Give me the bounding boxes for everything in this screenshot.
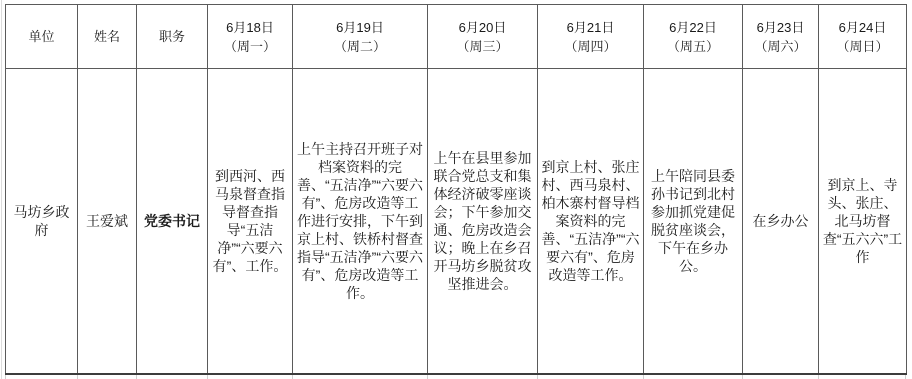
name-value: 王爱斌 (80, 212, 134, 230)
cropped-row-grid-line (136, 375, 137, 379)
cropped-row-grid-line (742, 375, 743, 379)
weekly-schedule-table: 单位 姓名 职务 6月18日 （周一） 6月19日 （周二） 6月20日 (5, 4, 907, 375)
cell-position: 党委书记 (137, 69, 208, 374)
date-label: 6月20日 (430, 18, 535, 37)
cropped-row-grid-line (292, 375, 293, 379)
schedule-friday-text: 上午陪同县委孙书记到北村参加抓党建促脱贫座谈会，下午在乡办公。 (646, 167, 740, 275)
cropped-row-grid-line (77, 375, 78, 379)
cell-name: 王爱斌 (78, 69, 137, 374)
weekday-label: （周一） (210, 37, 290, 56)
cropped-row-grid-line (5, 375, 6, 379)
col-header-name: 姓名 (78, 5, 137, 69)
date-label: 6月23日 (745, 18, 816, 37)
cropped-row-grid-line (818, 375, 819, 379)
cell-schedule-monday: 到西河、西马泉督查指导督查指导“五洁净”“六要六有”、工作。 (208, 69, 293, 374)
cropped-row-grid-line (207, 375, 208, 379)
weekday-label: （周三） (430, 37, 535, 56)
col-header-date-jun18: 6月18日 （周一） (208, 5, 293, 69)
weekday-label: （周六） (745, 37, 816, 56)
cropped-row-grid-line (537, 375, 538, 379)
cropped-row-grid-line (905, 375, 906, 379)
col-header-date-jun21: 6月21日 （周四） (538, 5, 644, 69)
schedule-saturday-text: 在乡办公 (745, 212, 816, 230)
weekday-label: （周四） (540, 37, 641, 56)
cell-schedule-sunday: 到京上、寺头、张庄、北马坊督查“五六六”工作 (819, 69, 907, 374)
cell-schedule-saturday: 在乡办公 (743, 69, 819, 374)
schedule-tuesday-text: 上午主持召开班子对档案资料的完善、“五洁净”“六要六有”、危房改造等工作进行安排… (295, 140, 425, 302)
schedule-table-page: 单位 姓名 职务 6月18日 （周一） 6月19日 （周二） 6月20日 (0, 0, 912, 379)
cell-schedule-thursday: 到京上村、张庄村、西马泉村、柏木寨村督导档案资料的完善、“五洁净”“六要六有”、… (538, 69, 644, 374)
weekday-label: （周五） (646, 37, 740, 56)
cell-schedule-wednesday: 上午在县里参加联合党总支和集体经济破零座谈会；下午参加交通、危房改造会议；晚上在… (428, 69, 538, 374)
col-header-date-jun22: 6月22日 （周五） (644, 5, 743, 69)
unit-value: 马坊乡政府 (8, 203, 75, 239)
col-header-date-jun19: 6月19日 （周二） (293, 5, 428, 69)
schedule-monday-text: 到西河、西马泉督查指导督查指导“五洁净”“六要六有”、工作。 (210, 167, 290, 275)
date-label: 6月21日 (540, 18, 641, 37)
date-label: 6月22日 (646, 18, 740, 37)
col-header-date-jun24: 6月24日 （周日） (819, 5, 907, 69)
weekday-label: （周二） (295, 37, 425, 56)
col-header-date-jun23: 6月23日 （周六） (743, 5, 819, 69)
col-header-unit: 单位 (6, 5, 78, 69)
schedule-thursday-text: 到京上村、张庄村、西马泉村、柏木寨村督导档案资料的完善、“五洁净”“六要六有”、… (540, 158, 641, 284)
cell-unit: 马坊乡政府 (6, 69, 78, 374)
table-row: 马坊乡政府 王爱斌 党委书记 到西河、西马泉督查指导督查指导“五洁净”“六要六有… (6, 69, 907, 374)
date-label: 6月19日 (295, 18, 425, 37)
schedule-wednesday-text: 上午在县里参加联合党总支和集体经济破零座谈会；下午参加交通、危房改造会议；晚上在… (430, 149, 535, 293)
cropped-row-grid-line (643, 375, 644, 379)
cell-schedule-tuesday: 上午主持召开班子对档案资料的完善、“五洁净”“六要六有”、危房改造等工作进行安排… (293, 69, 428, 374)
col-header-position: 职务 (137, 5, 208, 69)
date-label: 6月18日 (210, 18, 290, 37)
col-header-position-label: 职务 (139, 27, 205, 46)
col-header-date-jun20: 6月20日 （周三） (428, 5, 538, 69)
position-value: 党委书记 (139, 212, 205, 230)
cropped-column-grid-line (1, 0, 2, 379)
col-header-unit-label: 单位 (8, 27, 75, 46)
cell-schedule-friday: 上午陪同县委孙书记到北村参加抓党建促脱贫座谈会，下午在乡办公。 (644, 69, 743, 374)
col-header-name-label: 姓名 (80, 27, 134, 46)
cropped-row-grid-line (427, 375, 428, 379)
schedule-sunday-text: 到京上、寺头、张庄、北马坊督查“五六六”工作 (821, 176, 904, 266)
weekday-label: （周日） (821, 37, 904, 56)
table-header-row: 单位 姓名 职务 6月18日 （周一） 6月19日 （周二） 6月20日 (6, 5, 907, 69)
date-label: 6月24日 (821, 18, 904, 37)
